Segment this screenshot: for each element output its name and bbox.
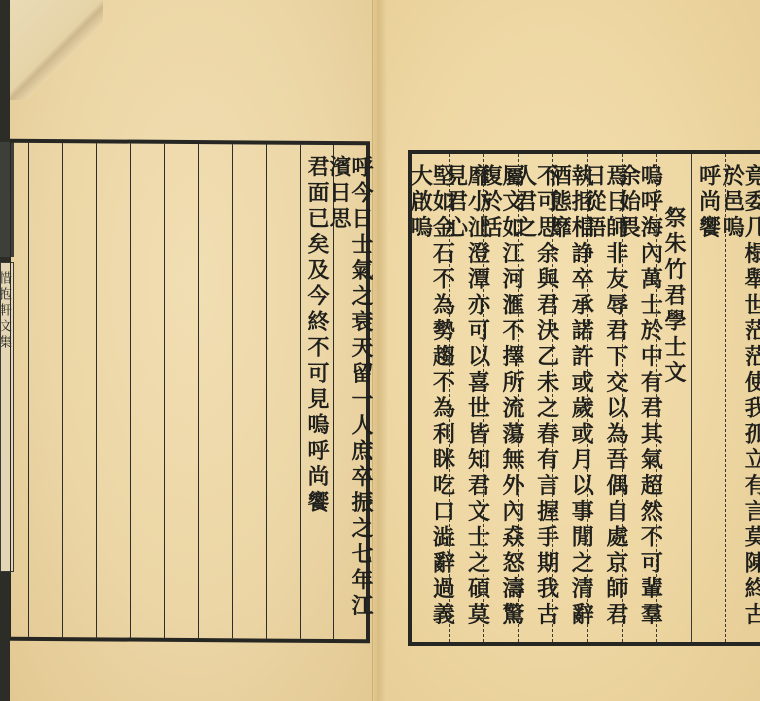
left-page-columns: 呼今日士氣之衰天留一人庶卒振之七年江濱日思 君面已矣及今終不可見嗚呼尚饗 [11, 143, 366, 639]
empty-column [28, 143, 62, 637]
empty-column [164, 144, 198, 638]
book-spread: 惜抱軒文集 呼今日士氣之衰天留一人庶卒振之七年江濱日思 君面已矣及今終不可見嗚呼… [0, 0, 760, 701]
folded-corner [8, 0, 103, 100]
empty-column [198, 144, 232, 638]
book-gutter [372, 0, 387, 701]
empty-column [130, 144, 164, 638]
right-page-frame: 竟委几榻舉世茫茫使我孤立有言莫陳終古於邑嗚 呼尚饗 祭朱竹君學士文 嗚呼海內萬士… [408, 150, 760, 646]
essay-title-column: 祭朱竹君學士文 [656, 154, 691, 642]
empty-column [62, 143, 96, 637]
empty-column [266, 145, 300, 639]
right-page-columns: 竟委几榻舉世茫茫使我孤立有言莫陳終古於邑嗚 呼尚饗 祭朱竹君學士文 嗚呼海內萬士… [412, 154, 760, 642]
text-column: 竟委几榻舉世茫茫使我孤立有言莫陳終古於邑嗚 [725, 154, 760, 642]
empty-column [96, 143, 130, 637]
empty-column [232, 144, 266, 638]
text-column: 嗚呼海內萬士於中有君其氣超然不可輩羣余始畏 [622, 154, 657, 642]
left-page-frame: 呼今日士氣之衰天留一人庶卒振之七年江濱日思 君面已矣及今終不可見嗚呼尚饗 [10, 139, 370, 644]
text-column: 呼今日士氣之衰天留一人庶卒振之七年江濱日思 [333, 145, 366, 639]
empty-column [0, 143, 28, 637]
